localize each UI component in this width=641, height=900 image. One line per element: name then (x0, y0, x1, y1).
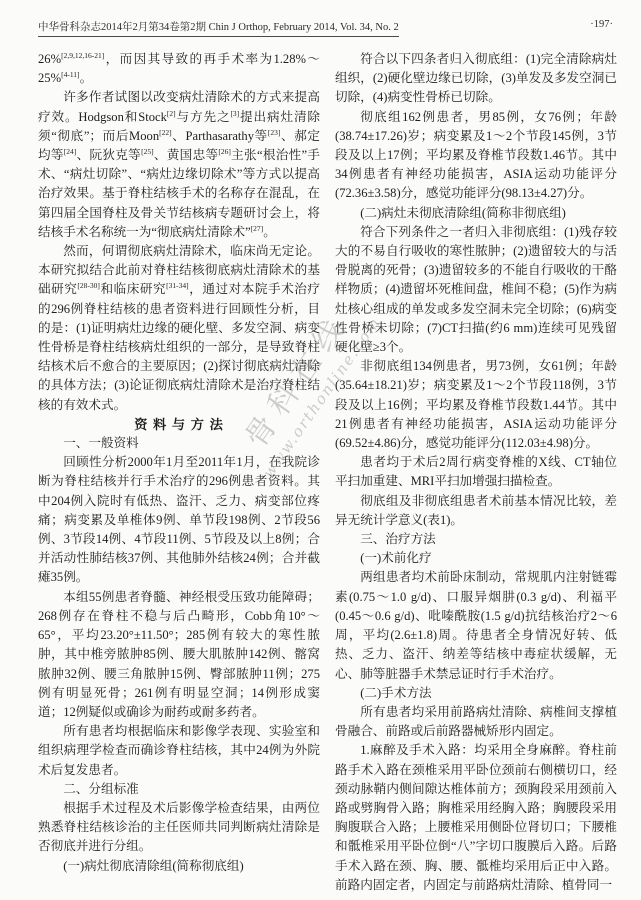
journal-page: 中华骨科杂志2014年2月第34卷第2期 Chin J Orthop, Febr… (0, 0, 641, 900)
paragraph: 所有患者均采用前路病灶清除、病椎间支撑植骨融合、前路或后前路器械矫形内固定。 (335, 703, 617, 741)
subsection-heading: (二)手术方法 (335, 684, 617, 703)
journal-title-line: 中华骨科杂志2014年2月第34卷第2期 Chin J Orthop, Febr… (38, 19, 399, 37)
paragraph: 彻底组162例患者，男85例，女76例；年龄(38.74±17.26)岁；病变累… (335, 108, 617, 204)
citation-superscript: [26] (218, 147, 231, 156)
paragraph: 非彻底组134例患者，男73例，女61例；年龄(35.64±18.21)岁；病变… (335, 357, 617, 453)
paragraph: 彻底组及非彻底组患者术前基本情况比较，差异无统计学意义(表1)。 (335, 492, 617, 530)
paragraph: 符合以下四条者归入彻底组：(1)完全清除病灶组织，(2)硬化壁边缘已切除，(3)… (335, 50, 617, 108)
citation-superscript: [24] (64, 147, 77, 156)
citation-superscript: [28-30] (77, 281, 100, 290)
citation-superscript: [31-34] (166, 281, 189, 290)
paragraph: 26%[2,9,12,16-21]，而因其导致的再手术率为1.28%～25%[4… (38, 50, 320, 88)
subsection-heading: 二、分组标准 (38, 780, 320, 799)
section-heading: 资 料 与 方 法 (38, 415, 320, 434)
subsection-heading: 三、治疗方法 (335, 530, 617, 549)
page-header: 中华骨科杂志2014年2月第34卷第2期 Chin J Orthop, Febr… (38, 19, 617, 37)
paragraph: 符合下列条件之一者归入非彻底组：(1)残存较大的不易自行吸收的寒性脓肿；(2)遗… (335, 223, 617, 357)
subsection-heading: 一、一般资料 (38, 434, 320, 453)
paragraph: 患者均于术后2周行病变脊椎的X线、CT轴位平扫加重建、MRI平扫加增强扫描检查。 (335, 453, 617, 491)
citation-superscript: [22] (159, 128, 172, 137)
citation-superscript: [2,9,12,16-21] (61, 51, 104, 60)
paragraph: 两组患者均术前卧床制动，常规肌内注射链霉素(0.75～1.0 g/d)、口服异烟… (335, 568, 617, 683)
subsection-heading: (一)病灶彻底清除组(简称彻底组) (38, 857, 320, 876)
left-column: 26%[2,9,12,16-21]，而因其导致的再手术率为1.28%～25%[4… (38, 50, 320, 895)
right-column: 符合以下四条者归入彻底组：(1)完全清除病灶组织，(2)硬化壁边缘已切除，(3)… (335, 50, 617, 895)
citation-superscript: [27] (251, 224, 264, 233)
page-number: ·197· (590, 19, 617, 30)
paragraph: 本组55例患者脊髓、神经根受压致功能障碍；268例存在脊柱不稳与后凸畸形，Cob… (38, 588, 320, 722)
citation-superscript: [25] (141, 147, 154, 156)
paragraph: 1.麻醉及手术入路：均采用全身麻醉。脊柱前路手术入路在颈椎采用平卧位颈前右侧横切… (335, 741, 617, 895)
citation-superscript: [4-11] (61, 70, 79, 79)
citation-superscript: [23] (268, 128, 281, 137)
paragraph: 许多作者试图以改变病灶清除术的方式来提高疗效。Hodgson和Stock[2]与… (38, 88, 320, 242)
article-body: 26%[2,9,12,16-21]，而因其导致的再手术率为1.28%～25%[4… (38, 50, 617, 895)
paragraph: 然而，何谓彻底病灶清除术，临床尚无定论。本研究拟结合此前对脊柱结核彻底病灶清除术… (38, 242, 320, 415)
paragraph: 回顾性分析2000年1月至2011年1月，在我院诊断为脊柱结核并行手术治疗的29… (38, 453, 320, 587)
citation-superscript: [3] (230, 108, 239, 117)
subsection-heading: (二)病灶未彻底清除组(简称非彻底组) (335, 204, 617, 223)
paragraph: 根据手术过程及术后影像学检查结果，由两位熟悉脊柱结核诊治的主任医师共同判断病灶清… (38, 799, 320, 857)
citation-superscript: [2] (167, 108, 176, 117)
subsection-heading: (一)术前化疗 (335, 549, 617, 568)
paragraph: 所有患者均根据临床和影像学表现、实验室和组织病理学检查而确诊脊柱结核，其中24例… (38, 722, 320, 780)
